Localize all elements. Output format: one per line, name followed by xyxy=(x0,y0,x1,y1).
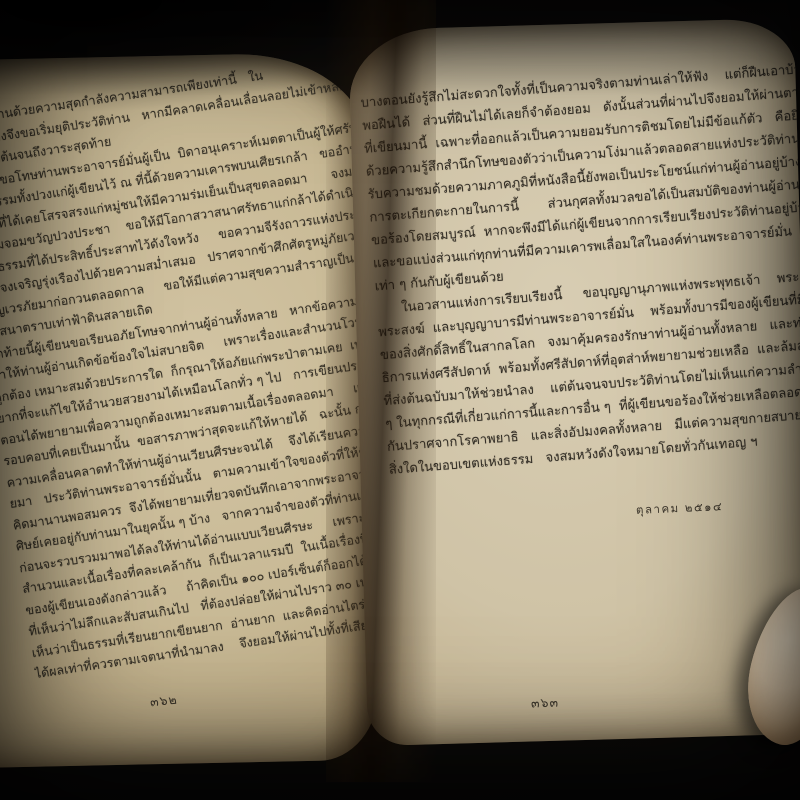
right-page-text: บางตอนยังรู้สึกไม่สะดวกใจทั้งที่เป็นความ… xyxy=(360,58,800,482)
book-photo: ประวัติท่านด้วยความสุดกำลังความสามารถเพี… xyxy=(0,0,800,800)
right-page-number: ๓๖๓ xyxy=(531,693,560,714)
right-page: บางตอนยังรู้สึกไม่สะดวกใจทั้งที่เป็นความ… xyxy=(348,18,800,746)
left-page-number: ๓๖๒ xyxy=(149,690,179,713)
left-page-text: ประวัติท่านด้วยความสุดกำลังความสามารถเพี… xyxy=(0,52,379,685)
date-line: ตุลาคม ๒๕๑๔ xyxy=(636,498,724,520)
left-page: ประวัติท่านด้วยความสุดกำลังความสามารถเพี… xyxy=(0,52,379,769)
